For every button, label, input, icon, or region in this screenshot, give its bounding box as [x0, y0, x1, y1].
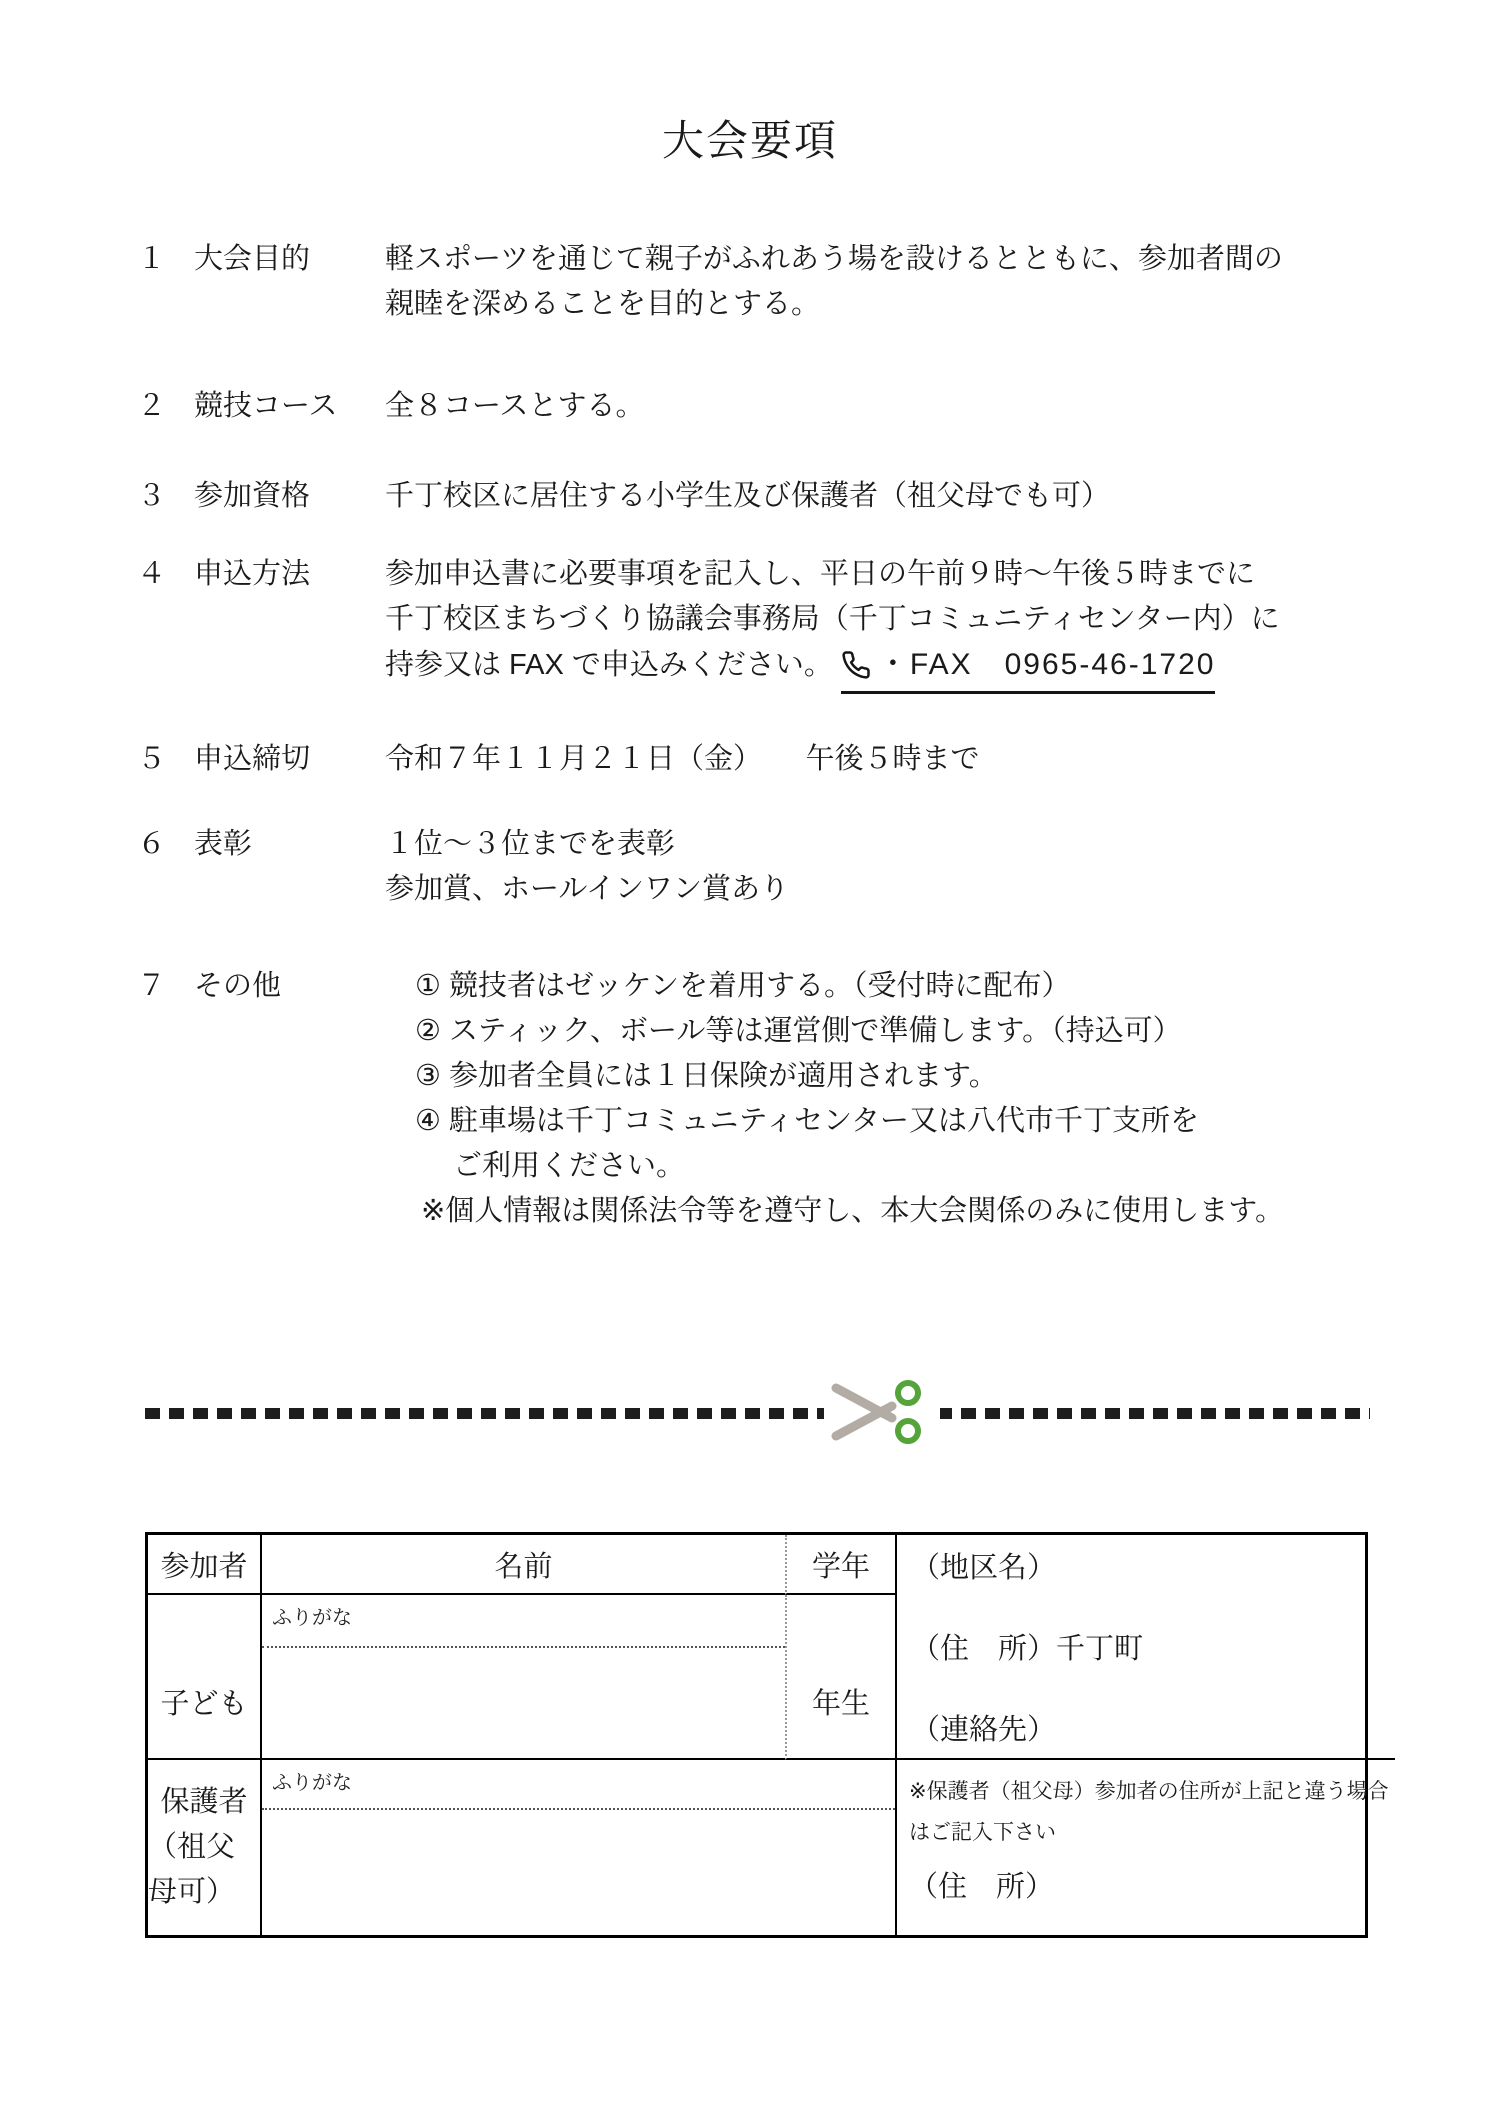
- item-content: １位～３位までを表彰 参加賞、ホールインワン賞あり: [385, 822, 1460, 912]
- furigana-divider: [262, 1808, 895, 1810]
- fax-sentence: 持参又は FAX で申込みください。: [385, 649, 833, 681]
- guardian-label-line2: （祖父母可）: [148, 1825, 260, 1915]
- item-line: １位～３位までを表彰: [385, 822, 1460, 867]
- item-line: 千丁校区に居住する小学生及び保護者（祖父母でも可）: [385, 474, 1460, 519]
- fax-contact-underlined: ・FAX 0965-46-1720: [841, 642, 1216, 694]
- guardian-note-line2: はご記入下さい: [909, 1813, 1389, 1854]
- fax-number: ・FAX 0965-46-1720: [878, 648, 1216, 681]
- item-number: ２: [137, 384, 166, 429]
- item-content: 全８コースとする。: [385, 384, 1460, 429]
- form-child-name-field: ふりがな: [262, 1595, 785, 1760]
- application-form-table: 参加者 名前 学年 （地区名） （住 所）千丁町 （連絡先） 子ども ふりがな …: [145, 1532, 1368, 1938]
- furigana-label: ふりがな: [262, 1595, 785, 1630]
- telephone-icon: [841, 650, 871, 680]
- item-line: 令和７年１１月２１日（金） 午後５時まで: [385, 737, 1460, 782]
- form-guardian-note-cell: ※保護者（祖父母）参加者の住所が上記と違う場合 はご記入下さい （住 所）: [895, 1760, 1395, 1935]
- guardian-label-line1: 保護者: [160, 1780, 247, 1825]
- item-number: ４: [137, 552, 166, 597]
- item-label: 申込方法: [194, 552, 310, 597]
- item-line: 全８コースとする。: [385, 384, 1460, 429]
- item-subpoint-continuation: ご利用ください。: [385, 1144, 1460, 1189]
- item-label: その他: [194, 964, 281, 1009]
- item-number: １: [137, 237, 166, 282]
- item-label: 申込締切: [194, 737, 310, 782]
- item-line: 軽スポーツを通じて親子がふれあう場を設けるとともに、参加者間の: [385, 237, 1460, 282]
- privacy-note: ※個人情報は関係法令等を遵守し、本大会関係のみに使用します。: [385, 1189, 1460, 1234]
- form-child-row-label: 子ども: [148, 1595, 262, 1760]
- guardian-note-line1: ※保護者（祖父母）参加者の住所が上記と違う場合: [909, 1772, 1389, 1813]
- item-subpoint: ① 競技者はゼッケンを着用する。（受付時に配布）: [385, 964, 1460, 1009]
- contact-label: （連絡先）: [911, 1707, 1387, 1748]
- cut-line: [145, 1408, 1370, 1419]
- scissors-icon-svg: [830, 1379, 934, 1445]
- furigana-divider: [262, 1646, 785, 1648]
- district-label: （地区名）: [911, 1545, 1387, 1586]
- doc-title: 大会要項: [0, 108, 1500, 168]
- form-guardian-name-field: ふりがな: [262, 1760, 895, 1935]
- item-number: ６: [137, 822, 166, 867]
- item-number: ５: [137, 737, 166, 782]
- form-header-grade: 学年: [785, 1535, 895, 1595]
- item-label: 表彰: [194, 822, 252, 867]
- item-label: 競技コース: [194, 384, 338, 429]
- document-page: 大会要項 １ 大会目的 軽スポーツを通じて親子がふれあう場を設けるとともに、参加…: [0, 0, 1500, 2121]
- item-content: ① 競技者はゼッケンを着用する。（受付時に配布） ② スティック、ボール等は運営…: [385, 964, 1460, 1234]
- item-line: 参加賞、ホールインワン賞あり: [385, 867, 1460, 912]
- item-line: 千丁校区まちづくり協議会事務局（千丁コミュニティセンター内）に: [385, 597, 1460, 642]
- item-label: 参加資格: [194, 474, 310, 519]
- item-subpoint: ② スティック、ボール等は運営側で準備します。（持込可）: [385, 1009, 1460, 1054]
- item-line-fax: 持参又は FAX で申込みください。・FAX 0965-46-1720: [385, 642, 1460, 694]
- item-content: 令和７年１１月２１日（金） 午後５時まで: [385, 737, 1460, 782]
- grade-suffix-label: 年生: [812, 1681, 870, 1722]
- item-content: 軽スポーツを通じて親子がふれあう場を設けるとともに、参加者間の 親睦を深めること…: [385, 237, 1460, 327]
- item-number: ７: [137, 964, 166, 1009]
- item-number: ３: [137, 474, 166, 519]
- item-content: 参加申込書に必要事項を記入し、平日の午前９時～午後５時までに 千丁校区まちづくり…: [385, 552, 1460, 694]
- scissors-icon: [824, 1376, 940, 1448]
- item-line: 親睦を深めることを目的とする。: [385, 282, 1460, 327]
- item-content: 千丁校区に居住する小学生及び保護者（祖父母でも可）: [385, 474, 1460, 519]
- form-child-grade-cell: 年生: [785, 1595, 895, 1760]
- item-subpoint: ④ 駐車場は千丁コミュニティセンター又は八代市千丁支所を: [385, 1099, 1460, 1144]
- furigana-label: ふりがな: [262, 1760, 895, 1795]
- form-header-participant: 参加者: [148, 1535, 262, 1595]
- form-guardian-row-label: 保護者 （祖父母可）: [148, 1760, 262, 1935]
- address-label: （住 所）千丁町: [911, 1626, 1387, 1667]
- guardian-address-label: （住 所）: [909, 1864, 1389, 1905]
- item-label: 大会目的: [194, 237, 310, 282]
- form-address-cell: （地区名） （住 所）千丁町 （連絡先）: [895, 1535, 1395, 1760]
- item-subpoint: ③ 参加者全員には１日保険が適用されます。: [385, 1054, 1460, 1099]
- form-header-name: 名前: [262, 1535, 785, 1595]
- item-line: 参加申込書に必要事項を記入し、平日の午前９時～午後５時までに: [385, 552, 1460, 597]
